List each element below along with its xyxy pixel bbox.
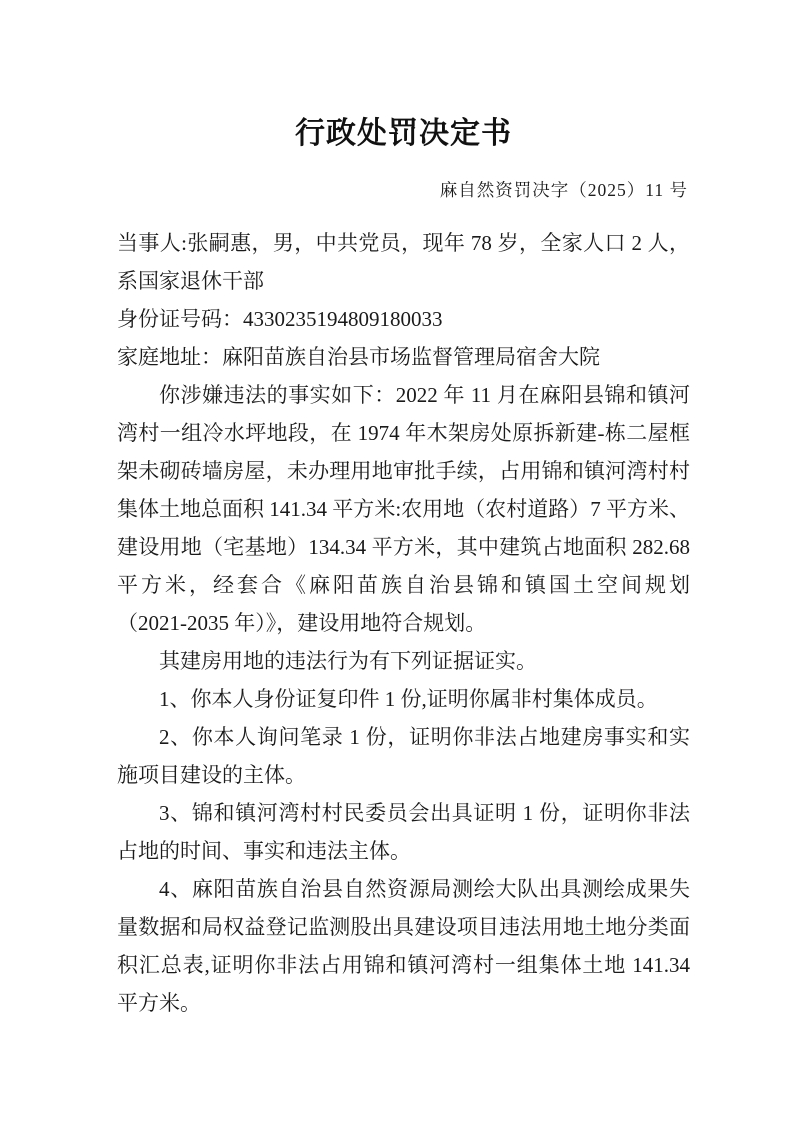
document-content: 行政处罚决定书 麻自然资罚决字（2025）11 号 当事人:张嗣惠，男，中共党员… — [117, 0, 690, 1022]
document-paragraph: 身份证号码：4330235194809180033 — [117, 300, 690, 338]
document-paragraph: 家庭地址：麻阳苗族自治县市场监督管理局宿舍大院 — [117, 338, 690, 376]
document-paragraph: 2、你本人询问笔录 1 份，证明你非法占地建房事实和实施项目建设的主体。 — [117, 718, 690, 794]
document-paragraph: 4、麻阳苗族自治县自然资源局测绘大队出具测绘成果失量数据和局权益登记监测股出具建… — [117, 870, 690, 1022]
document-paragraph: 1、你本人身份证复印件 1 份,证明你属非村集体成员。 — [117, 680, 690, 718]
document-paragraph: 3、锦和镇河湾村村民委员会出具证明 1 份，证明你非法占地的时间、事实和违法主体… — [117, 794, 690, 870]
document-page: 行政处罚决定书 麻自然资罚决字（2025）11 号 当事人:张嗣惠，男，中共党员… — [0, 0, 793, 1122]
document-number: 麻自然资罚决字（2025）11 号 — [117, 180, 688, 200]
document-paragraph: 其建房用地的违法行为有下列证据证实。 — [117, 642, 690, 680]
document-paragraph: 你涉嫌违法的事实如下：2022 年 11 月在麻阳县锦和镇河湾村一组冷水坪地段，… — [117, 376, 690, 642]
document-paragraph: 当事人:张嗣惠，男，中共党员，现年 78 岁，全家人口 2 人，系国家退休干部 — [117, 224, 690, 300]
document-body: 当事人:张嗣惠，男，中共党员，现年 78 岁，全家人口 2 人，系国家退休干部身… — [117, 224, 690, 1022]
document-title: 行政处罚决定书 — [117, 118, 690, 150]
